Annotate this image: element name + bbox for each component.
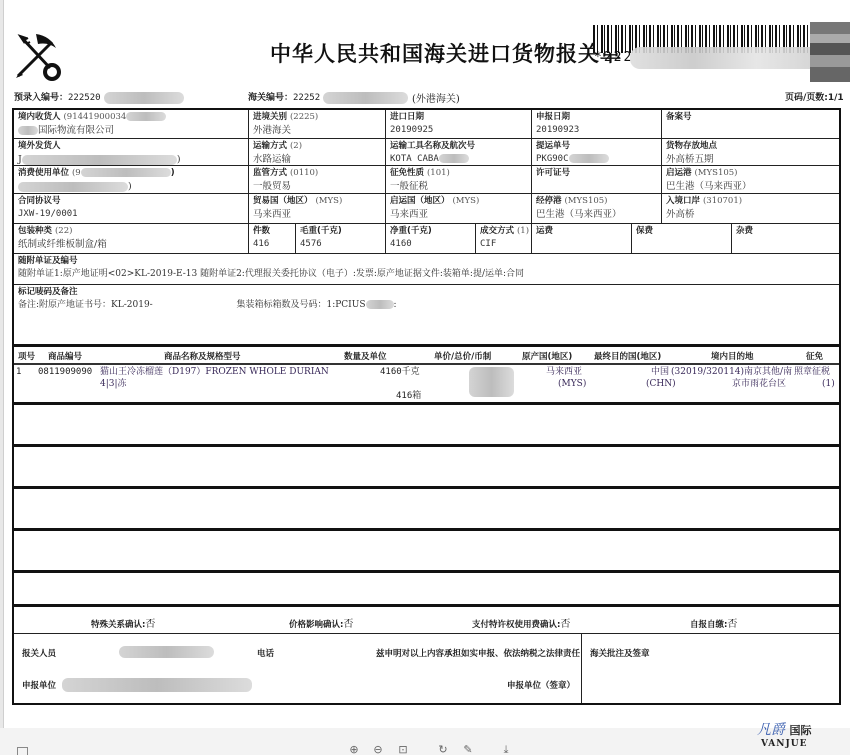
qr-code	[810, 22, 850, 82]
phone-label: 电话	[257, 647, 274, 659]
declare-unit-label: 申报单位	[22, 679, 56, 691]
field-trade-terms: 成交方式 (1) CIF	[476, 224, 532, 253]
field-transport-mode: 运输方式 (2) 水路运输	[249, 139, 386, 165]
field-entry-customs: 进境关别 (2225) 外港海关	[249, 110, 386, 138]
field-trade-country: 贸易国（地区） (MYS) 马来西亚	[249, 194, 386, 223]
customs-emblem-icon	[12, 30, 64, 82]
declaration-form: 境内收货人 (91441900034 国际物流有限公司 进境关别 (2225) …	[12, 108, 841, 705]
field-supervision-mode: 监管方式 (0110) 一般贸易	[249, 166, 386, 193]
barcode-number: *222	[594, 50, 633, 65]
field-tax-nature: 征免性质 (101) 一般征税	[386, 166, 532, 193]
field-departure-port: 启运港 (MYS105) 巴生港（马来西亚）	[662, 166, 839, 193]
field-gross-weight: 毛重(千克) 4576	[296, 224, 386, 253]
field-record-no: 备案号	[662, 110, 839, 138]
items-table: 项号 商品编号 商品名称及规格型号 数量及单位 单价/总价/币制 原产国(地区)…	[14, 347, 839, 405]
declare-unit-seal: 申报单位（签章）	[507, 679, 575, 691]
field-consignee: 境内收货人 (91441900034 国际物流有限公司	[14, 110, 249, 138]
field-storage-place: 货物存放地点 外高桥五期	[662, 139, 839, 165]
empty-item-row	[14, 573, 839, 607]
field-overseas-shipper: 境外发货人 J)	[14, 139, 249, 165]
field-import-date: 进口日期 20190925	[386, 110, 532, 138]
viewer-left-edge	[0, 0, 4, 755]
redacted-price	[469, 367, 514, 397]
pre-entry-number: 预录入编号：222520	[14, 90, 184, 104]
field-origin-country: 启运国（地区） (MYS) 马来西亚	[386, 194, 532, 223]
empty-item-row	[14, 405, 839, 447]
empty-item-row	[14, 447, 839, 489]
customs-office: (外港海关)	[412, 90, 460, 105]
zoom-in-icon[interactable]: ⊕	[348, 744, 360, 755]
redacted-declare-unit	[62, 678, 252, 692]
field-declare-date: 申报日期 20190923	[532, 110, 662, 138]
confirmations-row: 特殊关系确认:否 价格影响确认:否 支付特许权使用费确认:否 自报自缴:否	[14, 607, 839, 634]
field-insurance: 保费	[632, 224, 732, 253]
document-title: 中华人民共和国海关进口货物报关单	[270, 38, 622, 68]
field-vessel: 运输工具名称及航次号 KOTA CABA	[386, 139, 532, 165]
field-marks-remarks: 标记唛码及备注 备注:附原产地证书号：KL-2019- 集装箱标箱数及号码：1:…	[14, 285, 839, 347]
field-transit-port: 经停港 (MYS105) 巴生港（马来西亚）	[532, 194, 662, 223]
declaration-footer: 报关人员 电话 兹申明对以上内容承担如实申报、依法纳税之法律责任 申报单位 申报…	[14, 634, 839, 703]
redacted-barcode-number	[630, 47, 820, 69]
declarant-label: 报关人员	[22, 647, 56, 659]
field-contract-no: 合同协议号 JXW-19/0001	[14, 194, 249, 223]
field-license-no: 许可证号	[532, 166, 662, 193]
viewer-toolbar	[0, 728, 850, 755]
empty-item-row	[14, 489, 839, 531]
field-freight: 运费	[532, 224, 632, 253]
field-consumer-unit: 消费使用单位 (9) )	[14, 166, 249, 193]
field-entry-port: 入境口岸 (310701) 外高桥	[662, 194, 839, 223]
customs-number: 海关编号：22252	[248, 90, 408, 104]
field-misc-fee: 杂费	[732, 224, 839, 253]
field-attached-docs: 随附单证及编号 随附单证1:原产地证明<02>KL-2019-E-13 随附单证…	[14, 254, 839, 285]
field-net-weight: 净重(千克) 4160	[386, 224, 476, 253]
empty-item-row	[14, 531, 839, 573]
edit-icon[interactable]: ✎	[462, 744, 474, 755]
vanjue-watermark: 凡爵 国际 VANJUE	[757, 719, 811, 749]
thumbnail-toggle[interactable]	[17, 747, 28, 755]
customs-approval: 海关批注及签章	[590, 647, 650, 659]
declaration-statement: 兹申明对以上内容承担如实申报、依法纳税之法律责任	[376, 647, 580, 659]
page-count: 页码/页数:1/1	[785, 90, 844, 103]
zoom-out-icon[interactable]: ⊖	[372, 744, 384, 755]
field-pieces: 件数 416	[249, 224, 296, 253]
redacted-declarant	[119, 646, 214, 658]
field-bill-of-lading: 提运单号 PKG90C	[532, 139, 662, 165]
field-package-type: 包装种类 (22) 纸制或纤维板制盒/箱	[14, 224, 249, 253]
rotate-icon[interactable]: ↻	[437, 744, 449, 755]
download-icon[interactable]: ⤓	[500, 744, 512, 755]
fit-page-icon[interactable]: ⊡	[397, 744, 409, 755]
